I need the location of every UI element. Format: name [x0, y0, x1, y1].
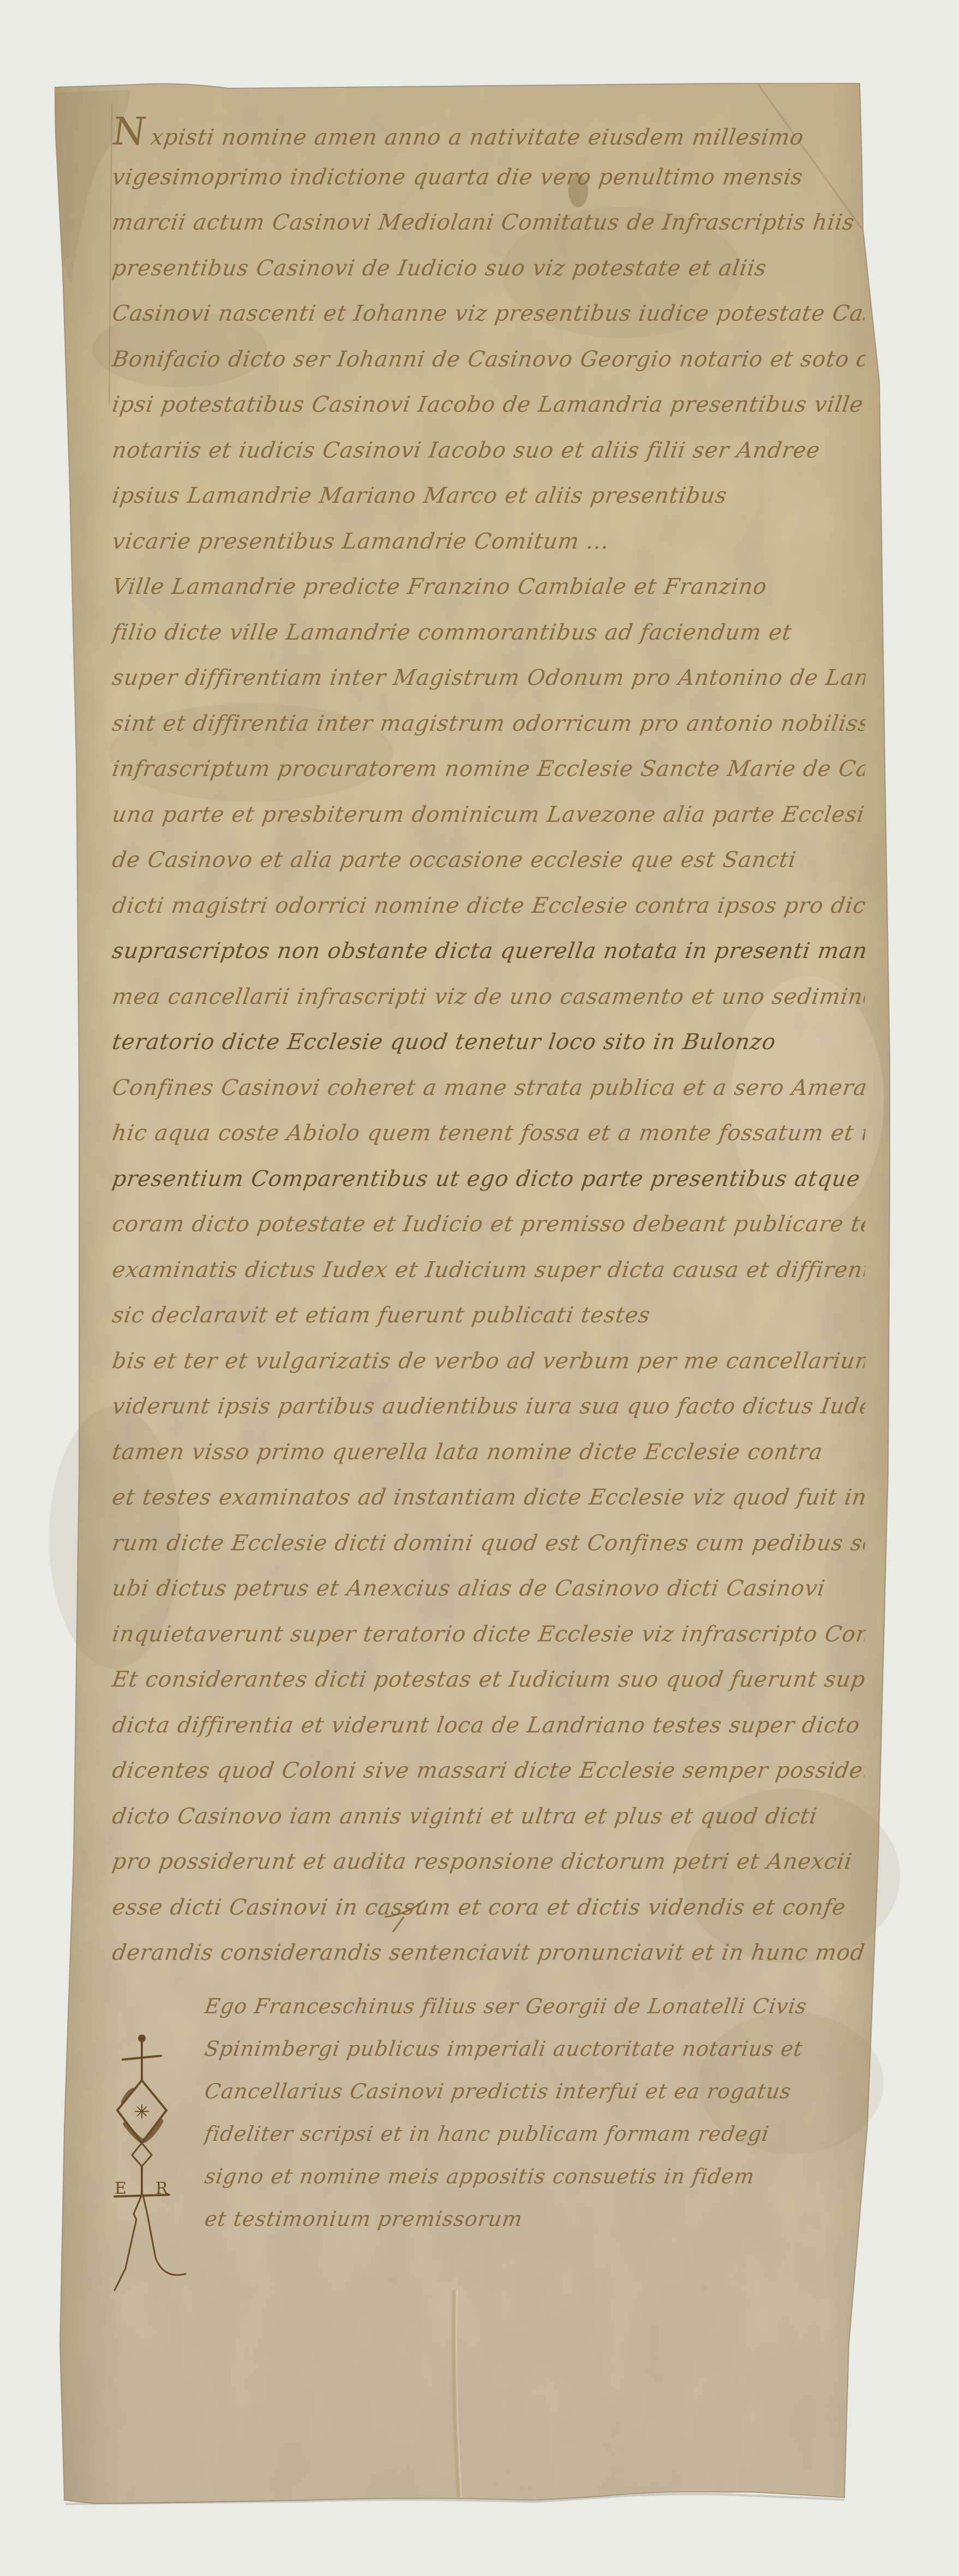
text-line: et testes examinatos ad instantiam dicte…: [109, 1475, 868, 1521]
text-line: Confines Casinovi coheret a mane strata …: [109, 1066, 868, 1111]
text-line: examinatis dictus Iudex et Iudicium supe…: [109, 1248, 868, 1293]
subscription-line: signo et nomine meis appositis consuetis…: [202, 2155, 835, 2198]
text-line: suprascriptos non obstante dicta querell…: [109, 929, 868, 974]
subscription-line: fideliter scripsi et in hanc publicam fo…: [202, 2112, 835, 2155]
text-line: super diffirentiam inter Magistrum Odonu…: [109, 655, 868, 701]
text-line: sint et diffirentia inter magistrum odor…: [109, 701, 868, 747]
text-line: rum dicte Ecclesie dicti domini quod est…: [109, 1521, 868, 1567]
closing-flourish-icon: [382, 1895, 431, 1933]
text-line: bis et ter et vulgarizatis de verbo ad v…: [109, 1339, 868, 1385]
text-line: marcii actum Casinovi Mediolani Comitatu…: [109, 200, 868, 246]
text-line: mea cancellarii infrascripti viz de uno …: [109, 974, 868, 1020]
signum-letter-e: E: [115, 2179, 127, 2198]
text-line-1: Nxpisti nomine amen anno a nativitate ei…: [109, 109, 868, 155]
text-line: viderunt ipsis partibus audientibus iura…: [109, 1384, 868, 1430]
notary-subscription: Ego Franceschinus filius ser Georgii de …: [202, 1985, 829, 2240]
main-text-body: Nxpisti nomine amen anno a nativitate ei…: [109, 109, 862, 1976]
text-line: infrascriptum procuratorem nomine Eccles…: [109, 747, 868, 792]
text-line: dicentes quod Coloni sive massari dicte …: [109, 1748, 868, 1794]
notary-signum-icon: E R: [104, 1985, 207, 2301]
text-line: ubi dictus petrus et Anexcius alias de C…: [109, 1566, 868, 1612]
text-line: vigesimoprimo indictione quarta die vero…: [109, 155, 868, 201]
text-line: vicarie presentibus Lamandrie Comitum ..…: [109, 519, 868, 565]
subscription-line: Ego Franceschinus filius ser Georgii de …: [202, 1985, 835, 2027]
text-line: dicti magistri odorrici nomine dicte Ecc…: [109, 883, 868, 929]
text-line: coram dicto potestate et Iudicio et prem…: [109, 1202, 868, 1248]
text-line: dicta diffirentia et viderunt loca de La…: [109, 1703, 868, 1749]
text-line: notariis et iudicis Casinovi Iacobo suo …: [109, 428, 868, 474]
text-line: hic aqua coste Abiolo quem tenent fossa …: [109, 1111, 868, 1157]
text-line: derandis considerandis sentenciavit pron…: [109, 1930, 868, 1976]
subscription-line: Spinimbergi publicus imperiali auctorita…: [202, 2027, 835, 2070]
text-line: Et considerantes dicti potestas et Iudic…: [109, 1657, 868, 1703]
decorated-initial: N: [109, 109, 149, 154]
text-line: inquietaverunt super teratorio dicte Ecc…: [109, 1612, 868, 1658]
signum-letter-r: R: [155, 2179, 169, 2198]
text-line: esse dicti Casinovi in cassum et cora et…: [109, 1885, 868, 1931]
text-line: Casinovi nascenti et Iohanne viz present…: [109, 291, 868, 337]
subscription-line: Cancellarius Casinovi predictis interfui…: [202, 2070, 835, 2112]
text-line: teratorio dicte Ecclesie quod tenetur lo…: [109, 1020, 868, 1066]
text-line: ipsi potestatibus Casinovi Iacobo de Lam…: [109, 382, 868, 428]
subscription-line: et testimonium premissorum: [202, 2198, 835, 2240]
text-line: filio dicte ville Lamandrie commorantibu…: [109, 610, 868, 656]
text-line: Ville Lamandrie predicte Franzino Cambia…: [109, 564, 868, 610]
text-line: una parte et presbiterum dominicum Lavez…: [109, 792, 868, 838]
text-line: pro possiderunt et audita responsione di…: [109, 1839, 868, 1885]
text-line: ipsius Lamandrie Mariano Marco et aliis …: [109, 473, 868, 519]
text-line: presentibus Casinovi de Iudicio suo viz …: [109, 246, 868, 292]
text-line: sic declaravit et etiam fuerunt publicat…: [109, 1293, 868, 1339]
text-line: presentium Comparentibus ut ego dicto pa…: [109, 1157, 868, 1202]
text-line: dicto Casinovo iam annis viginti et ultr…: [109, 1794, 868, 1840]
text-line: Bonifacio dicto ser Iohanni de Casinovo …: [109, 337, 868, 383]
text-line: tamen visso primo querella lata nomine d…: [109, 1430, 868, 1476]
text-line: de Casinovo et alia parte occasione eccl…: [109, 838, 868, 883]
